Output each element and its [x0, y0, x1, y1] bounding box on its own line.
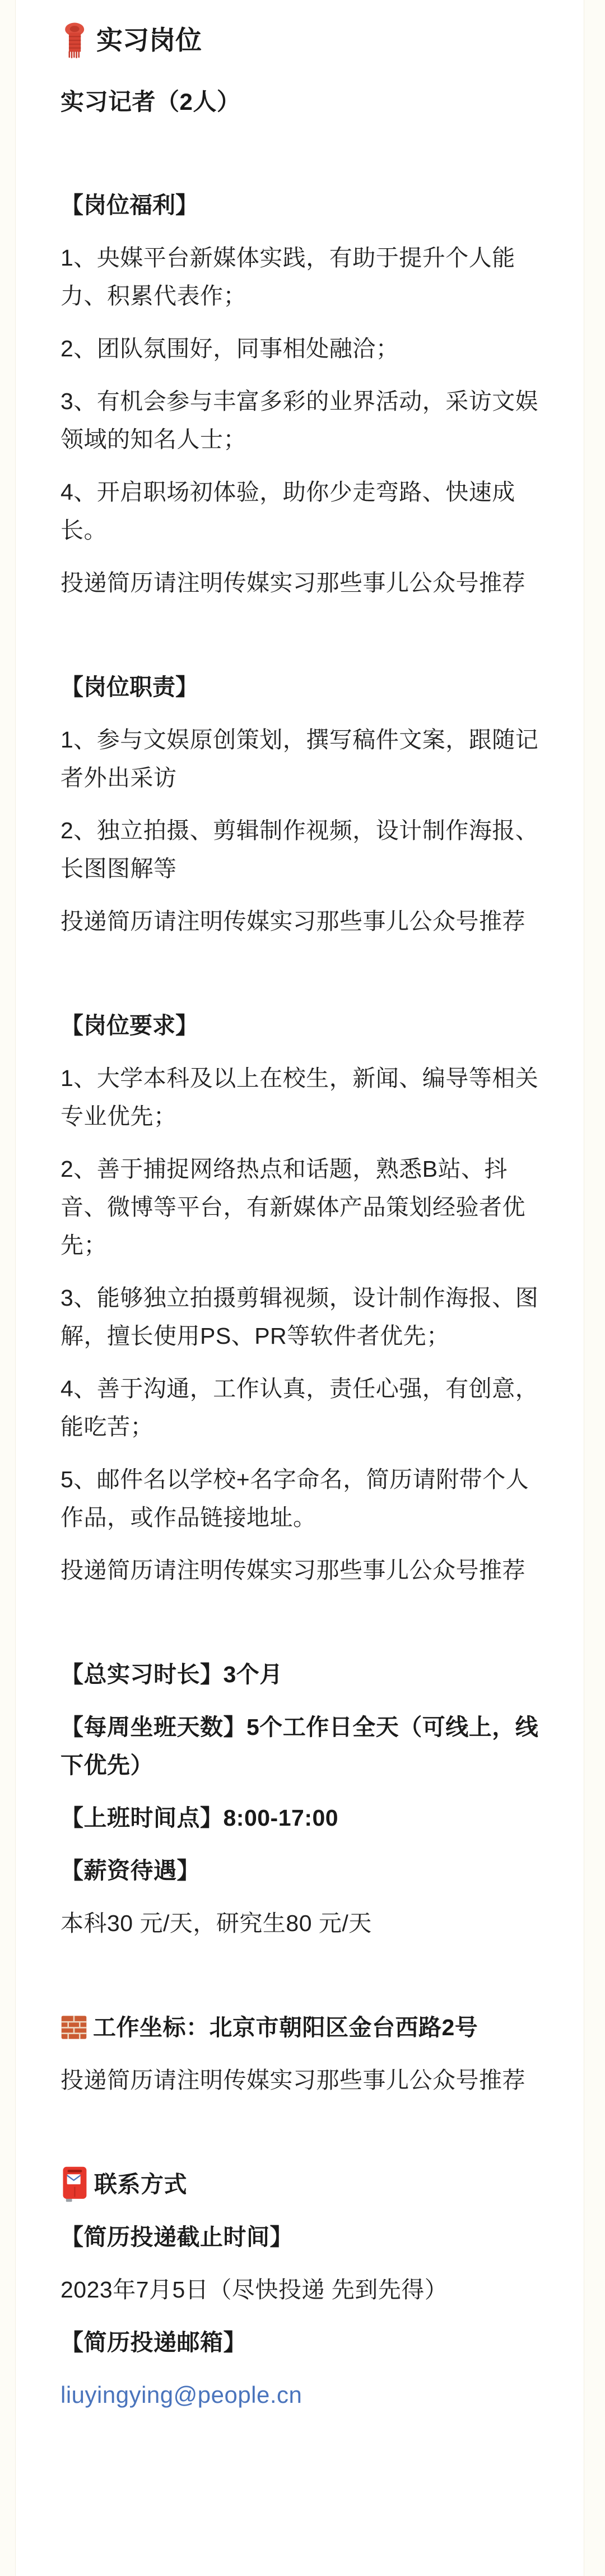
internship-duration: 【总实习时长】3个月: [61, 1655, 542, 1693]
requirement-item: 2、善于捕捉网络热点和话题，熟悉B站、抖音、微博等平台，有新媒体产品策划经验者优…: [61, 1150, 542, 1264]
section-location: 工作坐标：北京市朝阳区金台西路2号 投递简历请注明传媒实习那些事儿公众号推荐: [61, 2008, 542, 2099]
duties-heading: 【岗位职责】: [61, 668, 542, 706]
brick-icon: [61, 2013, 87, 2041]
weekly-days: 【每周坐班天数】5个工作日全天（可线上，线下优先）: [61, 1708, 542, 1784]
work-location-text: 工作坐标：北京市朝阳区金台西路2号: [93, 2008, 478, 2046]
benefits-heading: 【岗位福利】: [61, 186, 542, 224]
deadline-value: 2023年7月5日（尽快投递 先到先得）: [61, 2271, 542, 2309]
contact-heading-row: 联系方式: [61, 2165, 542, 2203]
scarf-icon: [61, 21, 90, 59]
section-contact: 联系方式 【简历投递截止时间】 2023年7月5日（尽快投递 先到先得） 【简历…: [61, 2165, 542, 2414]
email-link[interactable]: liuyingying@people.cn: [61, 2382, 302, 2408]
benefit-item: 3、有机会参与丰富多彩的业界活动，采访文娱领域的知名人士；: [61, 382, 542, 458]
email-heading: 【简历投递邮箱】: [61, 2323, 542, 2361]
contact-heading-text: 联系方式: [94, 2165, 187, 2203]
benefit-item: 2、团队氛围好，同事相处融洽；: [61, 329, 542, 368]
section-duties: 【岗位职责】 1、参与文娱原创策划，撰写稿件文案，跟随记者外出采访 2、独立拍摄…: [61, 668, 542, 940]
salary-heading: 【薪资待遇】: [61, 1851, 542, 1890]
referral-note: 投递简历请注明传媒实习那些事儿公众号推荐: [61, 2061, 542, 2099]
page: { "theme": { "text_color": "#202020", "h…: [0, 0, 605, 2576]
work-hours: 【上班时间点】8:00-17:00: [61, 1799, 542, 1837]
benefit-item: 4、开启职场初体验，助你少走弯路、快速成长。: [61, 473, 542, 549]
requirement-item: 5、邮件名以学校+名字命名，简历请附带个人作品，或作品链接地址。: [61, 1460, 542, 1537]
requirements-heading: 【岗位要求】: [61, 1006, 542, 1045]
referral-note: 投递简历请注明传媒实习那些事儿公众号推荐: [61, 1551, 542, 1589]
email-row: liuyingying@people.cn: [61, 2376, 542, 2414]
requirement-item: 1、大学本科及以上在校生，新闻、编导等相关专业优先；: [61, 1059, 542, 1135]
referral-note: 投递简历请注明传媒实习那些事儿公众号推荐: [61, 902, 542, 940]
post-title-row: 实习岗位: [61, 21, 542, 59]
section-benefits: 【岗位福利】 1、央媒平台新媒体实践，有助于提升个人能力、积累代表作； 2、团队…: [61, 186, 542, 602]
requirement-item: 3、能够独立拍摄剪辑视频，设计制作海报、图解，擅长使用PS、PR等软件者优先；: [61, 1279, 542, 1355]
duty-item: 1、参与文娱原创策划，撰写稿件文案，跟随记者外出采访: [61, 721, 542, 797]
referral-note: 投递简历请注明传媒实习那些事儿公众号推荐: [61, 564, 542, 602]
deadline-heading: 【简历投递截止时间】: [61, 2218, 542, 2256]
section-requirements: 【岗位要求】 1、大学本科及以上在校生，新闻、编导等相关专业优先； 2、善于捕捉…: [61, 1006, 542, 1589]
duty-item: 2、独立拍摄、剪辑制作视频，设计制作海报、长图图解等: [61, 811, 542, 888]
benefit-item: 1、央媒平台新媒体实践，有助于提升个人能力、积累代表作；: [61, 239, 542, 315]
requirement-item: 4、善于沟通，工作认真，责任心强，有创意，能吃苦；: [61, 1370, 542, 1446]
work-location-row: 工作坐标：北京市朝阳区金台西路2号: [61, 2008, 542, 2046]
salary-value: 本科30 元/天，研究生80 元/天: [61, 1904, 542, 1942]
postbox-icon: [61, 2166, 89, 2203]
post-title: 实习岗位: [96, 23, 202, 58]
job-post-article: 实习岗位 实习记者（2人） 【岗位福利】 1、央媒平台新媒体实践，有助于提升个人…: [0, 0, 605, 2451]
position-title: 实习记者（2人）: [61, 84, 542, 120]
section-details: 【总实习时长】3个月 【每周坐班天数】5个工作日全天（可线上，线下优先） 【上班…: [61, 1655, 542, 1942]
